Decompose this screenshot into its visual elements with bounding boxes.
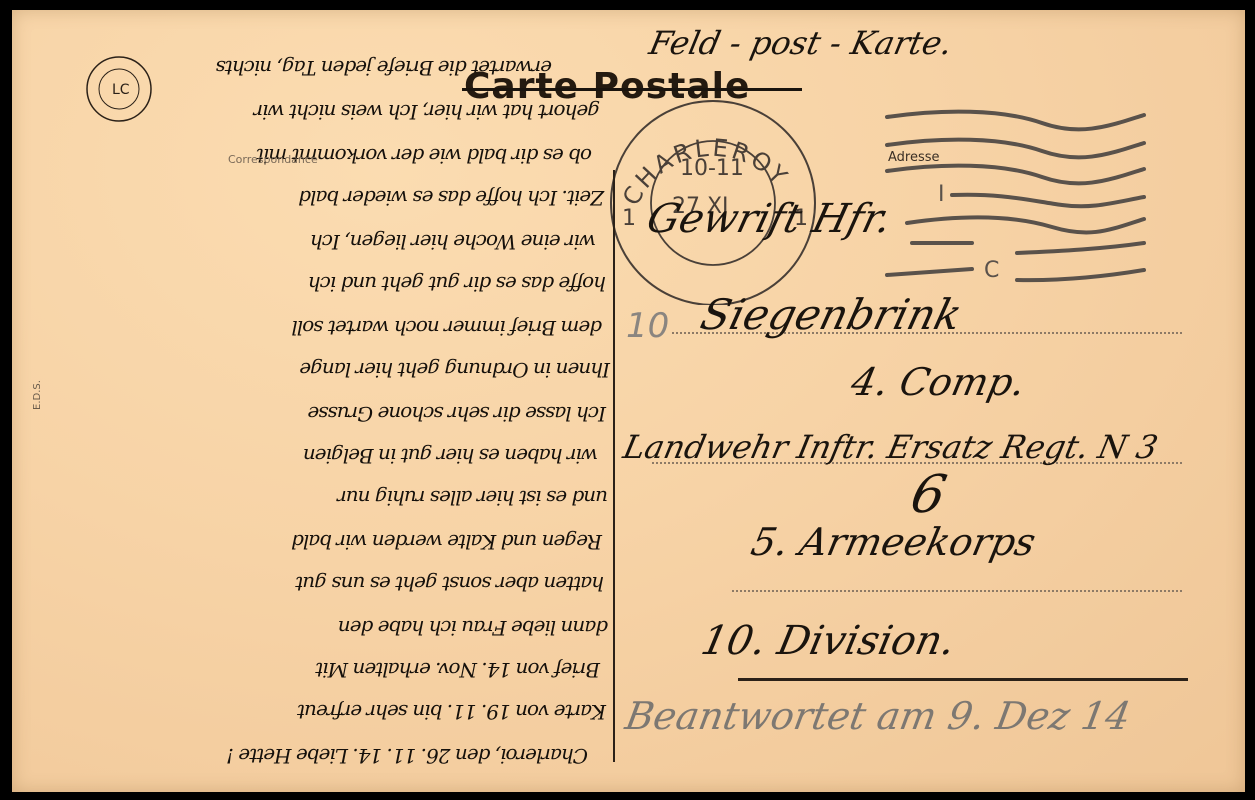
- address-honorific: Gewrift Hfr.: [642, 196, 896, 242]
- postmark-time: 10-11: [680, 156, 744, 181]
- address-label: Adresse: [888, 150, 940, 165]
- svg-text:1: 1: [622, 206, 636, 231]
- address-regiment-number: 6: [906, 465, 952, 525]
- svg-text:I: I: [938, 182, 945, 207]
- wavy-cancellation-lines: I C: [882, 105, 1147, 285]
- address-regiment: Landwehr Inftr. Ersatz Regt. N 3: [620, 428, 1161, 466]
- address-dotted-line-3: [732, 590, 1182, 592]
- address-company: 4. Comp.: [847, 360, 1029, 404]
- message-line: Ihnen in Ordnung geht hier lange: [300, 358, 610, 382]
- postcard: Charleroi, den 26. 11. 14. Liebe Hette !…: [12, 10, 1245, 792]
- address-recipient-name: Siegenbrink: [696, 290, 967, 339]
- correspondence-label: Correspondance: [228, 153, 318, 166]
- publisher-emblem-icon: LC: [84, 54, 154, 124]
- address-division: 10. Division.: [697, 618, 959, 664]
- svg-text:LC: LC: [112, 82, 130, 98]
- address-solid-line: [738, 678, 1188, 681]
- message-line: wir haben es hier gut in Belgien: [304, 444, 598, 468]
- side-imprint: E.D.S.: [32, 380, 43, 410]
- feldpost-heading: Feld - post - Karte.: [646, 24, 956, 62]
- pencil-number: 10: [626, 306, 669, 346]
- title-strikethrough: [462, 88, 802, 91]
- svg-text:C: C: [984, 258, 999, 283]
- pencil-answered-note: Beantwortet am 9. Dez 14: [622, 694, 1134, 738]
- message-line: Brief von 14. Nov. erhalten Mit: [316, 658, 600, 682]
- message-line: dann liebe Frau ich habe den: [339, 616, 608, 640]
- message-line: Karte von 19. 11. bin sehr erfreut: [298, 700, 606, 724]
- address-corps: 5. Armeekorps: [747, 520, 1039, 564]
- message-line: Charleroi, den 26. 11. 14. Liebe Hette !: [227, 744, 588, 768]
- handwritten-message-upside-down: Charleroi, den 26. 11. 14. Liebe Hette !…: [22, 12, 612, 772]
- message-line: Ich lasse dir sehr schone Grusse: [308, 402, 606, 426]
- message-line: Zeit. Ich hoffe das es wieder bald: [299, 186, 604, 210]
- center-divider: [613, 170, 615, 762]
- message-line: und es ist hier alles ruhig nur: [338, 486, 608, 510]
- message-line: dem Brief immer noch wartet soll: [292, 316, 602, 340]
- message-line: hoffe das es dir gut geht und ich: [309, 272, 606, 296]
- message-line: Regen und Kalte werden wir bald: [292, 530, 602, 554]
- message-line: hatten aber sonst geht es uns gut: [296, 572, 604, 596]
- message-line: wir eine Woche hier liegen, Ich: [311, 230, 596, 254]
